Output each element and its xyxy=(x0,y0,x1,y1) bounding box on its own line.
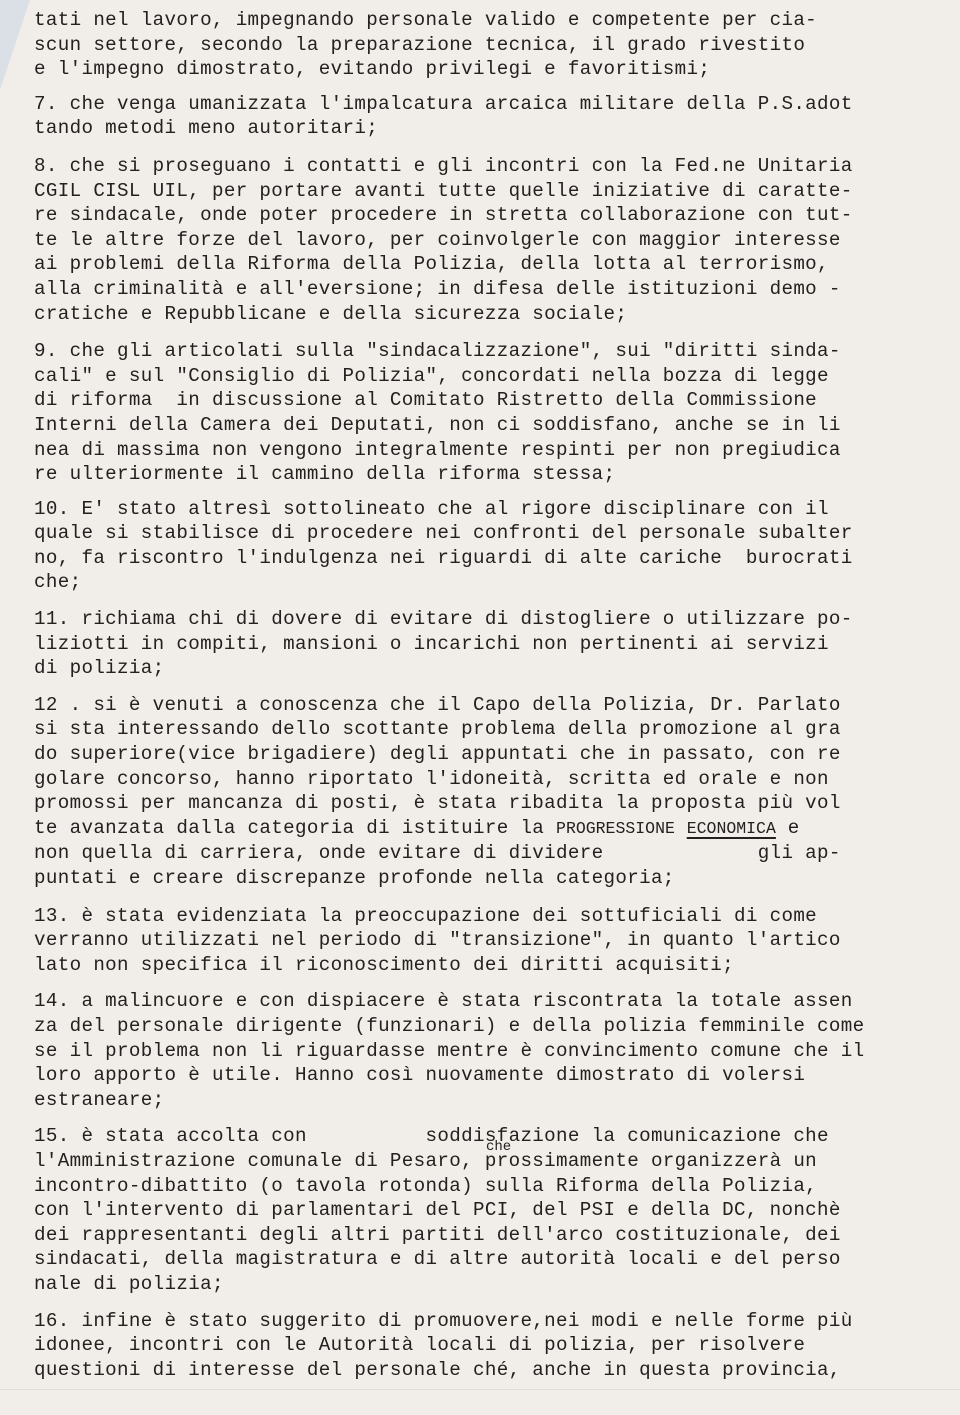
text-line: Interni della Camera dei Deputati, non c… xyxy=(34,413,934,438)
text-line: con l'intervento di parlamentari del PCI… xyxy=(34,1198,934,1223)
text-line: 10. E' stato altresì sottolineato che al… xyxy=(34,497,934,522)
text-line: di polizia; xyxy=(34,656,934,681)
text-line: sindacati, della magistratura e di altre… xyxy=(34,1247,934,1272)
text-line: ai problemi della Riforma della Polizia,… xyxy=(34,252,934,277)
text-line: nea di massima non vengono integralmente… xyxy=(34,438,934,463)
text-line: cratiche e Repubblicane e della sicurezz… xyxy=(34,302,934,327)
text-line: 13. è stata evidenziata la preoccupazion… xyxy=(34,904,934,929)
text-line: nale di polizia; xyxy=(34,1272,934,1297)
paragraph-item-16: 16. infine è stato suggerito di promuove… xyxy=(34,1309,934,1383)
paragraph-item-11: 11. richiama chi di dovere di evitare di… xyxy=(34,607,934,681)
paragraph-item-15: che 15. è stata accolta con soddisfazion… xyxy=(34,1124,934,1296)
typewritten-page: tati nel lavoro, impegnando personale va… xyxy=(34,8,934,1392)
paragraph-item-8: 8. che si proseguano i contatti e gli in… xyxy=(34,154,934,326)
text-line: CGIL CISL UIL, per portare avanti tutte … xyxy=(34,179,934,204)
paragraph-item-7: 7. che venga umanizzata l'impalcatura ar… xyxy=(34,92,934,141)
text-line: no, fa riscontro l'indulgenza nei riguar… xyxy=(34,546,934,571)
text-line: te le altre forze del lavoro, per coinvo… xyxy=(34,228,934,253)
emphasis-progressione: PROGRESSIONE xyxy=(556,819,675,838)
text-line: 12 . si è venuti a conoscenza che il Cap… xyxy=(34,693,934,718)
text-line: dei rappresentanti degli altri partiti d… xyxy=(34,1223,934,1248)
text-line: se il problema non li riguardasse mentre… xyxy=(34,1039,934,1064)
text-line: idonee, incontri con le Autorità locali … xyxy=(34,1333,934,1358)
text-line: estraneare; xyxy=(34,1088,934,1113)
text-line: 9. che gli articolati sulla "sindacalizz… xyxy=(34,339,934,364)
text-line: za del personale dirigente (funzionari) … xyxy=(34,1014,934,1039)
paragraph-item-12: 12 . si è venuti a conoscenza che il Cap… xyxy=(34,693,934,891)
text-line: 8. che si proseguano i contatti e gli in… xyxy=(34,154,934,179)
text-line: tando metodi meno autoritari; xyxy=(34,116,934,141)
text-line: scun settore, secondo la preparazione te… xyxy=(34,33,934,58)
paragraph-item-9: 9. che gli articolati sulla "sindacalizz… xyxy=(34,339,934,487)
text-fragment: e xyxy=(776,817,800,839)
text-line: promossi per mancanza di posti, è stata … xyxy=(34,791,934,816)
paragraph-item-10: 10. E' stato altresì sottolineato che al… xyxy=(34,497,934,595)
text-line: quale si stabilisce di procedere nei con… xyxy=(34,521,934,546)
text-line: non quella di carriera, onde evitare di … xyxy=(34,841,934,866)
interlinear-insertion: che xyxy=(486,1139,511,1155)
text-line: 7. che venga umanizzata l'impalcatura ar… xyxy=(34,92,934,117)
text-line: si sta interessando dello scottante prob… xyxy=(34,717,934,742)
text-line: 11. richiama chi di dovere di evitare di… xyxy=(34,607,934,632)
text-line: questioni di interesse del personale ché… xyxy=(34,1358,934,1383)
emphasis-economica: ECONOMICA xyxy=(687,819,776,838)
text-line: cali" e sul "Consiglio di Polizia", conc… xyxy=(34,364,934,389)
folded-page-corner xyxy=(0,0,30,90)
text-line-with-emphasis: te avanzata dalla categoria di istituire… xyxy=(34,816,934,842)
text-line: re sindacale, onde poter procedere in st… xyxy=(34,203,934,228)
text-line: di riforma in discussione al Comitato Ri… xyxy=(34,388,934,413)
text-line: 16. infine è stato suggerito di promuove… xyxy=(34,1309,934,1334)
text-line: che; xyxy=(34,570,934,595)
text-line: incontro-dibattito (o tavola rotonda) su… xyxy=(34,1174,934,1199)
paragraph-item-14: 14. a malincuore e con dispiacere è stat… xyxy=(34,989,934,1112)
text-line: e l'impegno dimostrato, evitando privile… xyxy=(34,57,934,82)
text-line: alla criminalità e all'eversione; in dif… xyxy=(34,277,934,302)
text-line: tati nel lavoro, impegnando personale va… xyxy=(34,8,934,33)
text-line: lato non specifica il riconoscimento dei… xyxy=(34,953,934,978)
text-line: 15. è stata accolta con soddisfazione la… xyxy=(34,1124,934,1149)
text-line: 14. a malincuore e con dispiacere è stat… xyxy=(34,989,934,1014)
text-fragment: te avanzata dalla categoria di istituire… xyxy=(34,817,556,839)
paragraph-item-13: 13. è stata evidenziata la preoccupazion… xyxy=(34,904,934,978)
text-line: golare concorso, hanno riportato l'idone… xyxy=(34,767,934,792)
text-line: l'Amministrazione comunale di Pesaro, pr… xyxy=(34,1149,934,1174)
text-line: do superiore(vice brigadiere) degli appu… xyxy=(34,742,934,767)
text-line: loro apporto è utile. Hanno così nuovame… xyxy=(34,1063,934,1088)
text-line: liziotti in compiti, mansioni o incarich… xyxy=(34,632,934,657)
text-line: re ulteriormente il cammino della riform… xyxy=(34,462,934,487)
paragraph-continuation: tati nel lavoro, impegnando personale va… xyxy=(34,8,934,82)
text-line: verranno utilizzati nel periodo di "tran… xyxy=(34,928,934,953)
text-line: puntati e creare discrepanze profonde ne… xyxy=(34,866,934,891)
